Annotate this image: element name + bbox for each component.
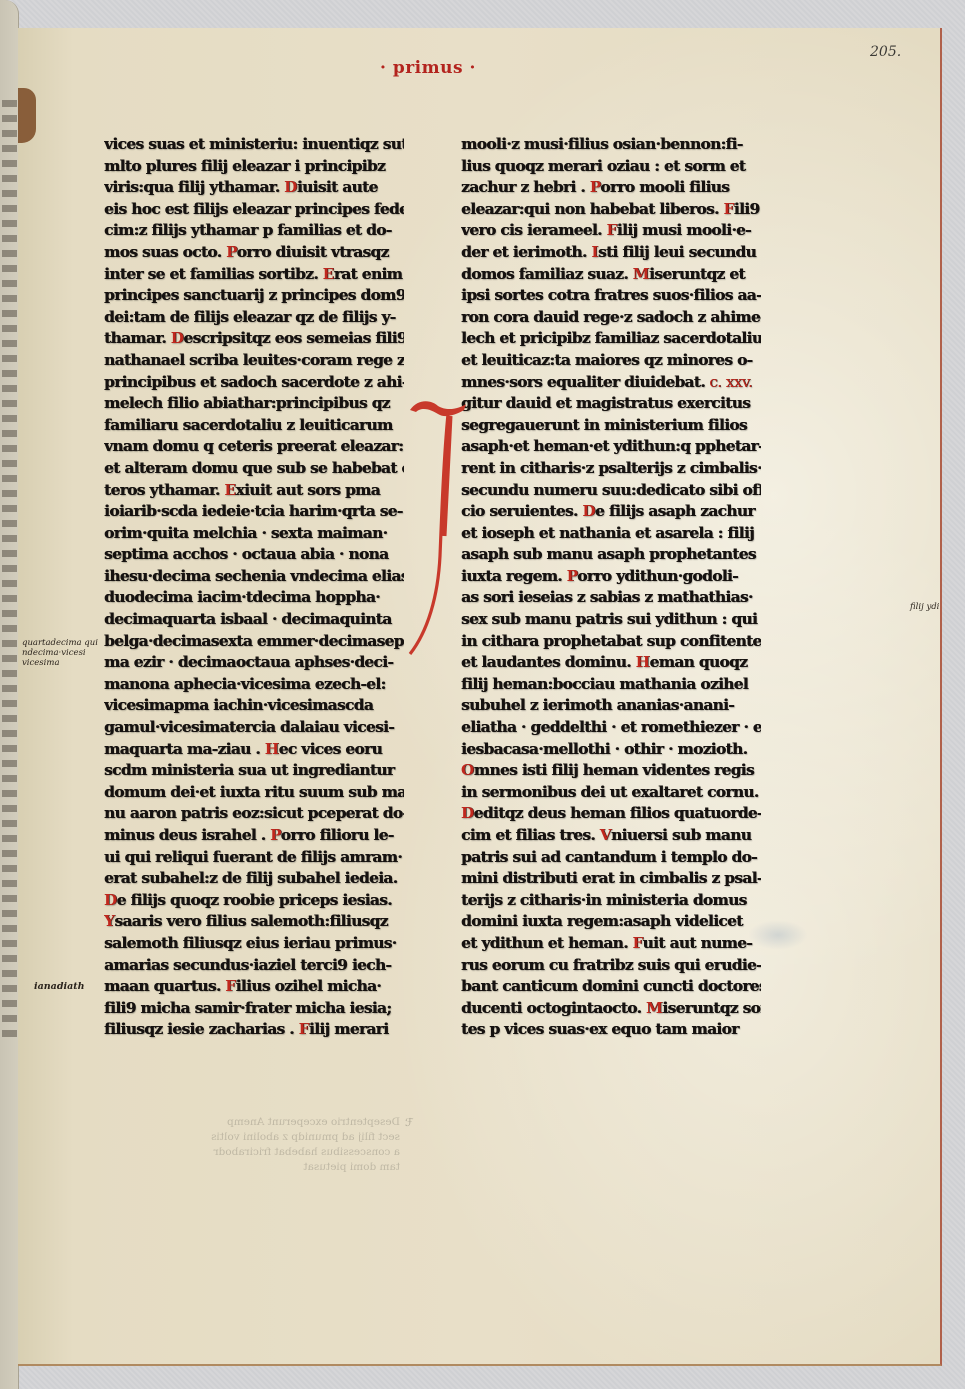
text-line: ioiarib·scda iedeie·tcia harim·qrta se- xyxy=(104,501,404,523)
offset-mark: ℱ xyxy=(405,1116,414,1129)
rubricated-capital: D xyxy=(461,804,474,822)
text-line: dei:tam de filijs eleazar qz de filijs y… xyxy=(104,307,404,329)
facing-page-text xyxy=(2,100,17,1040)
offset-show-through-text: Deseptentrio exceperunt Anemp sect filij… xyxy=(100,1115,400,1175)
text-line: terijs z citharis·in ministeria domus xyxy=(461,890,761,912)
rubricated-capital: F xyxy=(225,977,235,995)
text-line: Deditqz deus heman filios quatuorde- xyxy=(461,803,761,825)
text-line: cim et filias tres. Vniuersi sub manu xyxy=(461,825,761,847)
left-text-column: vices suas et ministeriu: inuentiqz sutm… xyxy=(104,134,404,1041)
text-line: ron cora dauid rege·z sadoch z ahime- xyxy=(461,307,761,329)
text-line: iuxta regem. Porro ydithun·godoli- xyxy=(461,566,761,588)
text-line: vices suas et ministeriu: inuentiqz sut xyxy=(104,134,404,156)
text-line: zachur z hebri . Porro mooli filius xyxy=(461,177,761,199)
rubricated-capital: M xyxy=(633,265,649,283)
text-line: mos suas octo. Porro diuisit vtrasqz xyxy=(104,242,404,264)
text-line: rus eorum cu fratribz suis qui erudie- xyxy=(461,955,761,977)
rubricated-capital: F xyxy=(607,221,617,239)
text-line: salemoth filiusqz eius ieriau primus· xyxy=(104,933,404,955)
margin-note-left-1: quartadecima qui ndecima·vicesi vicesima xyxy=(22,638,98,668)
illuminated-initial-i xyxy=(408,396,468,656)
folio-number: 205. xyxy=(870,44,901,60)
rubricated-capital: F xyxy=(299,1020,309,1038)
text-line: orim·quita melchia · sexta maiman· xyxy=(104,523,404,545)
text-line: minus deus israhel . Porro filioru le- xyxy=(104,825,404,847)
text-line: iesbacasa·mellothi · othir · mozioth. xyxy=(461,739,761,761)
right-text-column: mooli·z musi·filius osian·bennon:fi-lius… xyxy=(461,134,761,1041)
text-line: as sori ieseias z sabias z mathathias· xyxy=(461,587,761,609)
text-line: familiaru sacerdotaliu z leuiticarum xyxy=(104,415,404,437)
rubricated-capital: D xyxy=(104,891,117,909)
rubricated-capital: P xyxy=(270,826,281,844)
text-line: segregauerunt in ministerium filios xyxy=(461,415,761,437)
text-line: ipsi sortes cotra fratres suos·filios aa… xyxy=(461,285,761,307)
text-line: belga·decimasexta emmer·decimasepti- xyxy=(104,631,404,653)
text-line: domum dei·et iuxta ritu suum sub ma- xyxy=(104,782,404,804)
text-line: mlto plures filij eleazar i principibz xyxy=(104,156,404,178)
text-line: teros ythamar. Exiuit aut sors pma xyxy=(104,480,404,502)
text-line: fili9 micha samir·frater micha iesia; xyxy=(104,998,404,1020)
rubricated-capital: P xyxy=(590,178,601,196)
text-line: eleazar:qui non habebat liberos. Fili9 xyxy=(461,199,761,221)
text-line: patris sui ad cantandum i templo do- xyxy=(461,847,761,869)
rubricated-capital: Y xyxy=(104,912,114,930)
text-line: et laudantes dominu. Heman quoqz xyxy=(461,652,761,674)
text-line: melech filio abiathar:principibus qz xyxy=(104,393,404,415)
text-line: sex sub manu patris sui ydithun : qui xyxy=(461,609,761,631)
text-line: domini iuxta regem:asaph videlicet xyxy=(461,911,761,933)
text-line: duodecima iacim·tdecima hoppha· xyxy=(104,587,404,609)
margin-note-right: filij ydi xyxy=(910,602,939,612)
rubricated-capital: O xyxy=(461,761,474,779)
running-head: · primus · xyxy=(380,58,476,78)
text-line: ducenti octogintaocto. Miseruntqz sor- xyxy=(461,998,761,1020)
text-line: eliatha · geddelthi · et romethiezer · e… xyxy=(461,717,761,739)
text-line: scdm ministeria sua ut ingrediantur xyxy=(104,760,404,782)
text-line: cim:z filijs ythamar p familias et do- xyxy=(104,220,404,242)
rubricated-capital: P xyxy=(226,243,237,261)
text-line: domos familiaz suaz. Miseruntqz et xyxy=(461,264,761,286)
text-line: et ydithun et heman. Fuit aut nume- xyxy=(461,933,761,955)
rubricated-capital: I xyxy=(591,243,598,261)
rubricated-capital: V xyxy=(600,826,611,844)
text-line: erat subahel:z de filij subahel iedeia. xyxy=(104,868,404,890)
text-line: et leuiticaz:ta maiores qz minores o- xyxy=(461,350,761,372)
text-line: mnes·sors equaliter diuidebat. c. xxv. xyxy=(461,372,761,394)
text-line: ihesu·decima sechenia vndecima eliasib· xyxy=(104,566,404,588)
text-line: gitur dauid et magistratus exercitus xyxy=(461,393,761,415)
facing-page-edge xyxy=(0,0,19,1389)
text-line: filij heman:bocciau mathania ozihel xyxy=(461,674,761,696)
ink-smudge xyxy=(748,920,808,950)
text-line: maquarta ma-ziau . Hec vices eoru xyxy=(104,739,404,761)
rubricated-capital: P xyxy=(567,567,578,585)
text-line: et alteram domu que sub se habebat ce- xyxy=(104,458,404,480)
text-line: vicesimapma iachin·vicesimascda xyxy=(104,695,404,717)
text-line: asaph·et heman·et ydithun:q pphetar- xyxy=(461,436,761,458)
text-line: in cithara prophetabat sup confitentes xyxy=(461,631,761,653)
margin-note-left-2: ianadiath xyxy=(34,982,85,992)
text-line: ui qui reliqui fuerant de filijs amram· xyxy=(104,847,404,869)
rubricated-capital: D xyxy=(171,329,184,347)
text-line: cio seruientes. De filijs asaph zachur xyxy=(461,501,761,523)
text-line: Ysaaris vero filius salemoth:filiusqz xyxy=(104,911,404,933)
text-line: vnam domu q ceteris preerat eleazar: xyxy=(104,436,404,458)
text-line: vero cis ierameel. Filij musi mooli·e- xyxy=(461,220,761,242)
text-line: der et ierimoth. Isti filij leui secundu xyxy=(461,242,761,264)
rubricated-capital: E xyxy=(224,481,235,499)
text-line: principes sanctuarij z principes dom9 xyxy=(104,285,404,307)
text-line: viris:qua filij ythamar. Diuisit aute xyxy=(104,177,404,199)
text-line: thamar. Descripsitqz eos semeias fili9 xyxy=(104,328,404,350)
text-line: eis hoc est filijs eleazar principes fed… xyxy=(104,199,404,221)
text-line: mooli·z musi·filius osian·bennon:fi- xyxy=(461,134,761,156)
text-line: tes p vices suas·ex equo tam maior xyxy=(461,1019,761,1041)
text-line: decimaquarta isbaal · decimaquinta xyxy=(104,609,404,631)
text-line: subuhel z ierimoth ananias·anani- xyxy=(461,695,761,717)
text-line: nathanael scriba leuites·coram rege z xyxy=(104,350,404,372)
text-line: et ioseph et nathania et asarela : filij xyxy=(461,523,761,545)
text-line: in sermonibus dei ut exaltaret cornu. xyxy=(461,782,761,804)
text-line: inter se et familias sortibz. Erat enim xyxy=(104,264,404,286)
text-line: bant canticum domini cuncti doctores xyxy=(461,976,761,998)
text-line: lius quoqz merari oziau : et sorm et xyxy=(461,156,761,178)
text-line: lech et pricipibz familiaz sacerdotaliu xyxy=(461,328,761,350)
text-line: mini distributi erat in cimbalis z psal- xyxy=(461,868,761,890)
text-line: rent in citharis·z psalterijs z cimbalis… xyxy=(461,458,761,480)
text-line: De filijs quoqz roobie priceps iesias. xyxy=(104,890,404,912)
text-line: amarias secundus·iaziel terci9 iech- xyxy=(104,955,404,977)
text-line: gamul·vicesimatercia dalaiau vicesi- xyxy=(104,717,404,739)
rubricated-capital: F xyxy=(633,934,643,952)
text-line: secundu numeru suu:dedicato sibi offi- xyxy=(461,480,761,502)
chapter-marker: c. xxv. xyxy=(705,373,752,391)
rubricated-capital: D xyxy=(582,502,595,520)
text-line: Omnes isti filij heman videntes regis xyxy=(461,760,761,782)
rubricated-capital: M xyxy=(646,999,662,1017)
rubricated-capital: H xyxy=(636,653,650,671)
text-line: septima acchos · octaua abia · nona xyxy=(104,544,404,566)
text-line: maan quartus. Filius ozihel micha· xyxy=(104,976,404,998)
rubricated-capital: D xyxy=(284,178,297,196)
brown-stain xyxy=(18,88,36,143)
text-line: filiusqz iesie zacharias . Filij merari xyxy=(104,1019,404,1041)
text-line: ma ezir · decimaoctaua aphses·deci- xyxy=(104,652,404,674)
text-line: nu aaron patris eoz:sicut pceperat do- xyxy=(104,803,404,825)
text-line: principibus et sadoch sacerdote z ahi- xyxy=(104,372,404,394)
rubricated-capital: F xyxy=(723,200,733,218)
rubricated-capital: E xyxy=(323,265,334,283)
rubricated-capital: H xyxy=(265,740,279,758)
text-line: asaph sub manu asaph prophetantes xyxy=(461,544,761,566)
text-line: manona aphecia·vicesima ezech-el: xyxy=(104,674,404,696)
